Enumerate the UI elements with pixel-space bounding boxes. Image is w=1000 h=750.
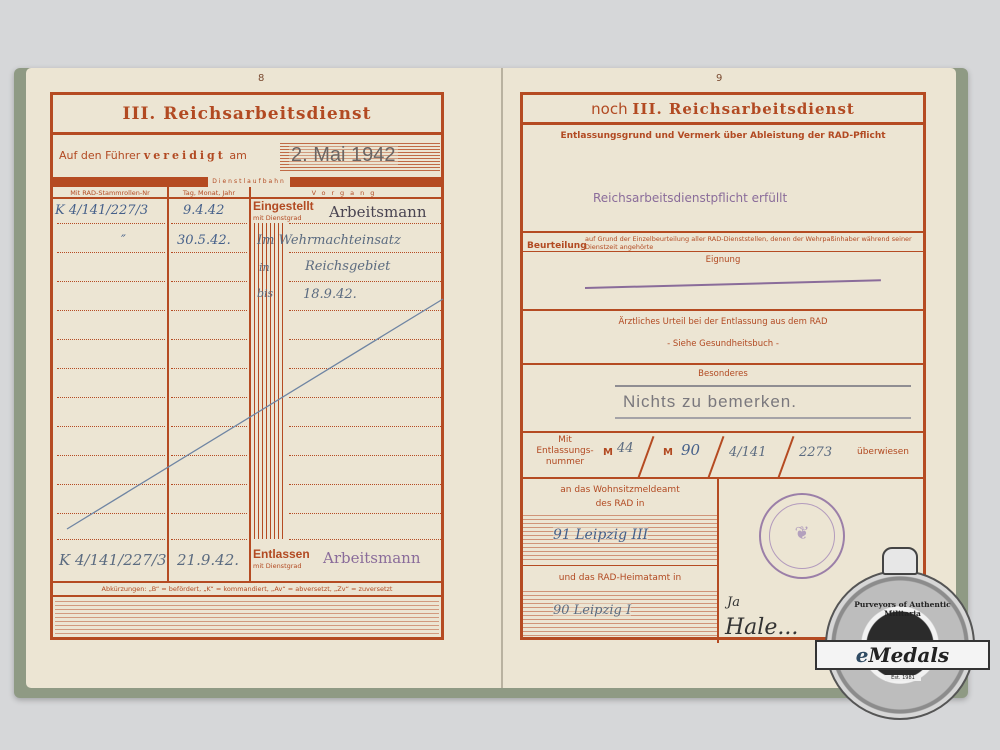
page-title: noch III. Reichsarbeitsdienst [523, 95, 923, 125]
discharge-number-label: Mit Entlassungs- nummer [525, 435, 605, 468]
logo-banner: eMedals [815, 640, 990, 670]
section-divider [523, 309, 923, 311]
registration-office-value: 91 Leipzig III [553, 527, 648, 543]
eagle-icon: ❦ [761, 523, 843, 544]
rank-sublabel: mit Dienstgrad [253, 562, 302, 570]
discharge-rank-stamp: Arbeitsmann [323, 549, 421, 567]
assessment-text: auf Grund der Einzelbeurteilung aller RA… [585, 235, 925, 251]
logo-tagline: Purveyors of Authentic Militaria [845, 600, 960, 618]
section-divider [523, 251, 923, 252]
m1-label: M [603, 447, 613, 458]
section-divider [523, 565, 717, 566]
rad-service-frame: III. Reichsarbeitsdienst Auf den Führer … [50, 92, 444, 640]
discharge-reason-label: Entlassungsgrund und Vermerk über Ableis… [523, 131, 923, 141]
title-text: III. Reichsarbeitsdienst [632, 100, 854, 118]
special-label: Besonderes [523, 369, 923, 379]
m2-value: 90 [681, 441, 700, 459]
suitability-strike-line [585, 279, 881, 289]
logo-est: Est. 1981 [885, 675, 921, 681]
discharge-number-label-1: Mit [525, 435, 605, 446]
section-divider [523, 431, 923, 433]
medical-value: - Siehe Gesundheitsbuch - [523, 339, 923, 349]
medical-label: Ärztliches Urteil bei der Entlassung aus… [523, 317, 923, 327]
home-office-value: 90 Leipzig I [553, 603, 631, 618]
left-page: 8 III. Reichsarbeitsdienst Auf den Führe… [26, 68, 504, 688]
number-separator [778, 436, 795, 478]
number-separator [708, 436, 725, 478]
discharge-number-label-2: Entlassungs- [525, 446, 605, 457]
number-separator [638, 436, 655, 478]
page-number: 8 [258, 73, 264, 84]
registration-office-label-1: an das Wohnsitzmeldeamt [523, 485, 717, 495]
discharged-label: Entlassen [253, 547, 310, 561]
discharge-date: 21.9.42. [177, 551, 239, 569]
number-part-3: 4/141 [729, 445, 766, 460]
discharge-roll-number: K 4/141/227/3 [59, 551, 166, 569]
section-divider [523, 231, 923, 233]
special-stamp-box: Nichts zu bemerken. [615, 385, 911, 419]
emedals-watermark: Purveyors of Authentic Militaria eMedals… [815, 545, 990, 720]
signature: Hale... [725, 615, 798, 640]
discharge-reason-stamp: Reichsarbeitsdienstpflicht erfüllt [593, 191, 787, 205]
logo-brand: Medals [869, 643, 950, 667]
number-part-4: 2273 [799, 445, 832, 460]
book-gutter [501, 68, 503, 688]
transferred-label: überwiesen [857, 447, 909, 457]
office-box: an das Wohnsitzmeldeamt des RAD in 91 Le… [523, 477, 719, 643]
ruled-notes-area [55, 601, 439, 635]
m1-value: 44 [617, 441, 634, 456]
crown-icon [882, 547, 918, 575]
suitability-label: Eignung [523, 255, 923, 265]
abbreviations-legend: Abkürzungen: „B“ = befördert, „K“ = komm… [53, 581, 441, 597]
section-divider [523, 363, 923, 365]
registration-office-label-2: des RAD in [523, 499, 717, 509]
title-prefix: noch [591, 100, 627, 118]
logo-e: e [856, 643, 869, 667]
home-office-label: und das RAD-Heimatamt in [523, 573, 717, 583]
m2-label: M [663, 447, 673, 458]
page-number: 9 [716, 73, 722, 84]
discharge-number-label-3: nummer [525, 457, 605, 468]
signature-prefix: Ja [727, 595, 740, 610]
assessment-label: Beurteilung [527, 241, 587, 251]
special-stamp: Nichts zu bemerken. [623, 392, 797, 412]
